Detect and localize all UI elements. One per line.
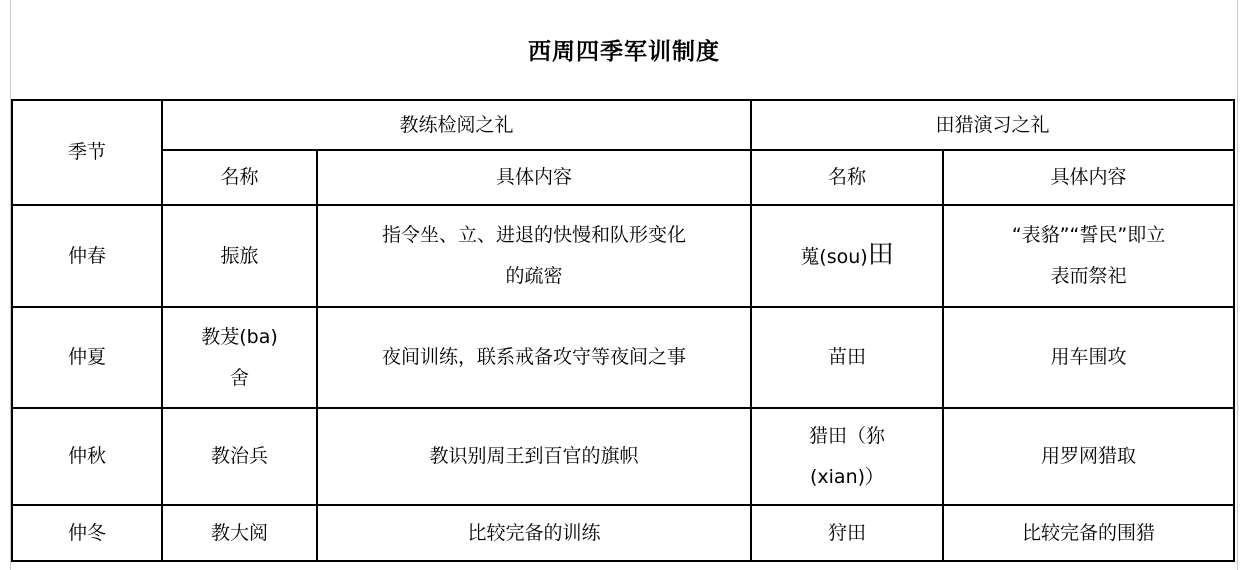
- drill-name-cell: 教大阅: [162, 505, 317, 561]
- hunt-name-cell: 蒐(sou)田: [751, 205, 943, 307]
- table-row-spring: 仲春 振旅 指令坐、立、进退的快慢和队形变化 的疏密 蒐(sou)田 “表貉”“…: [12, 205, 1234, 307]
- title-bar: 西周四季军训制度: [11, 0, 1237, 99]
- hunt-content-cell: 比较完备的围猎: [943, 505, 1234, 561]
- drill-name-cell: 振旅: [162, 205, 317, 307]
- drill-group-header-cell: 教练检阅之礼: [162, 100, 751, 150]
- drill-name-cell: 教茇(ba) 舍: [162, 307, 317, 408]
- season-header-cell: 季节: [12, 100, 162, 205]
- hunt-name-big-char: 田: [868, 240, 894, 270]
- hunt-name-header-cell: 名称: [751, 150, 943, 205]
- hunt-name-cell: 猎田（狝 (xian)）: [751, 408, 943, 505]
- drill-content-header-cell: 具体内容: [317, 150, 751, 205]
- hunt-content-cell: 用车围攻: [943, 307, 1234, 408]
- season-cell: 仲夏: [12, 307, 162, 408]
- season-cell: 仲冬: [12, 505, 162, 561]
- hunt-content-cell: “表貉”“誓民”即立 表而祭祀: [943, 205, 1234, 307]
- drill-content-cell: 夜间训练，联系戒备攻守等夜间之事: [317, 307, 751, 408]
- page-title: 西周四季军训制度: [528, 33, 720, 66]
- drill-name-cell: 教治兵: [162, 408, 317, 505]
- drill-content-cell: 教识别周王到百官的旗帜: [317, 408, 751, 505]
- hunt-name-cell: 狩田: [751, 505, 943, 561]
- season-cell: 仲春: [12, 205, 162, 307]
- hunt-name-text: 蒐(sou): [800, 246, 867, 268]
- table-row-summer: 仲夏 教茇(ba) 舍 夜间训练，联系戒备攻守等夜间之事 苗田 用车围攻: [12, 307, 1234, 408]
- table-row-autumn: 仲秋 教治兵 教识别周王到百官的旗帜 猎田（狝 (xian)） 用罗网猎取: [12, 408, 1234, 505]
- drill-content-cell: 指令坐、立、进退的快慢和队形变化 的疏密: [317, 205, 751, 307]
- hunt-group-header-cell: 田猎演习之礼: [751, 100, 1234, 150]
- drill-content-cell: 比较完备的训练: [317, 505, 751, 561]
- hunt-content-cell: 用罗网猎取: [943, 408, 1234, 505]
- page-frame: 西周四季军训制度 季节 教练检阅之礼 田猎演习之礼 名称 具体内容 名称 具体内…: [10, 0, 1238, 570]
- table-row-winter: 仲冬 教大阅 比较完备的训练 狩田 比较完备的围猎: [12, 505, 1234, 561]
- header-row-sub: 名称 具体内容 名称 具体内容: [12, 150, 1234, 205]
- drill-name-header-cell: 名称: [162, 150, 317, 205]
- military-training-table: 季节 教练检阅之礼 田猎演习之礼 名称 具体内容 名称 具体内容 仲春 振旅 指…: [11, 99, 1235, 562]
- season-cell: 仲秋: [12, 408, 162, 505]
- hunt-content-header-cell: 具体内容: [943, 150, 1234, 205]
- header-row-groups: 季节 教练检阅之礼 田猎演习之礼: [12, 100, 1234, 150]
- hunt-name-cell: 苗田: [751, 307, 943, 408]
